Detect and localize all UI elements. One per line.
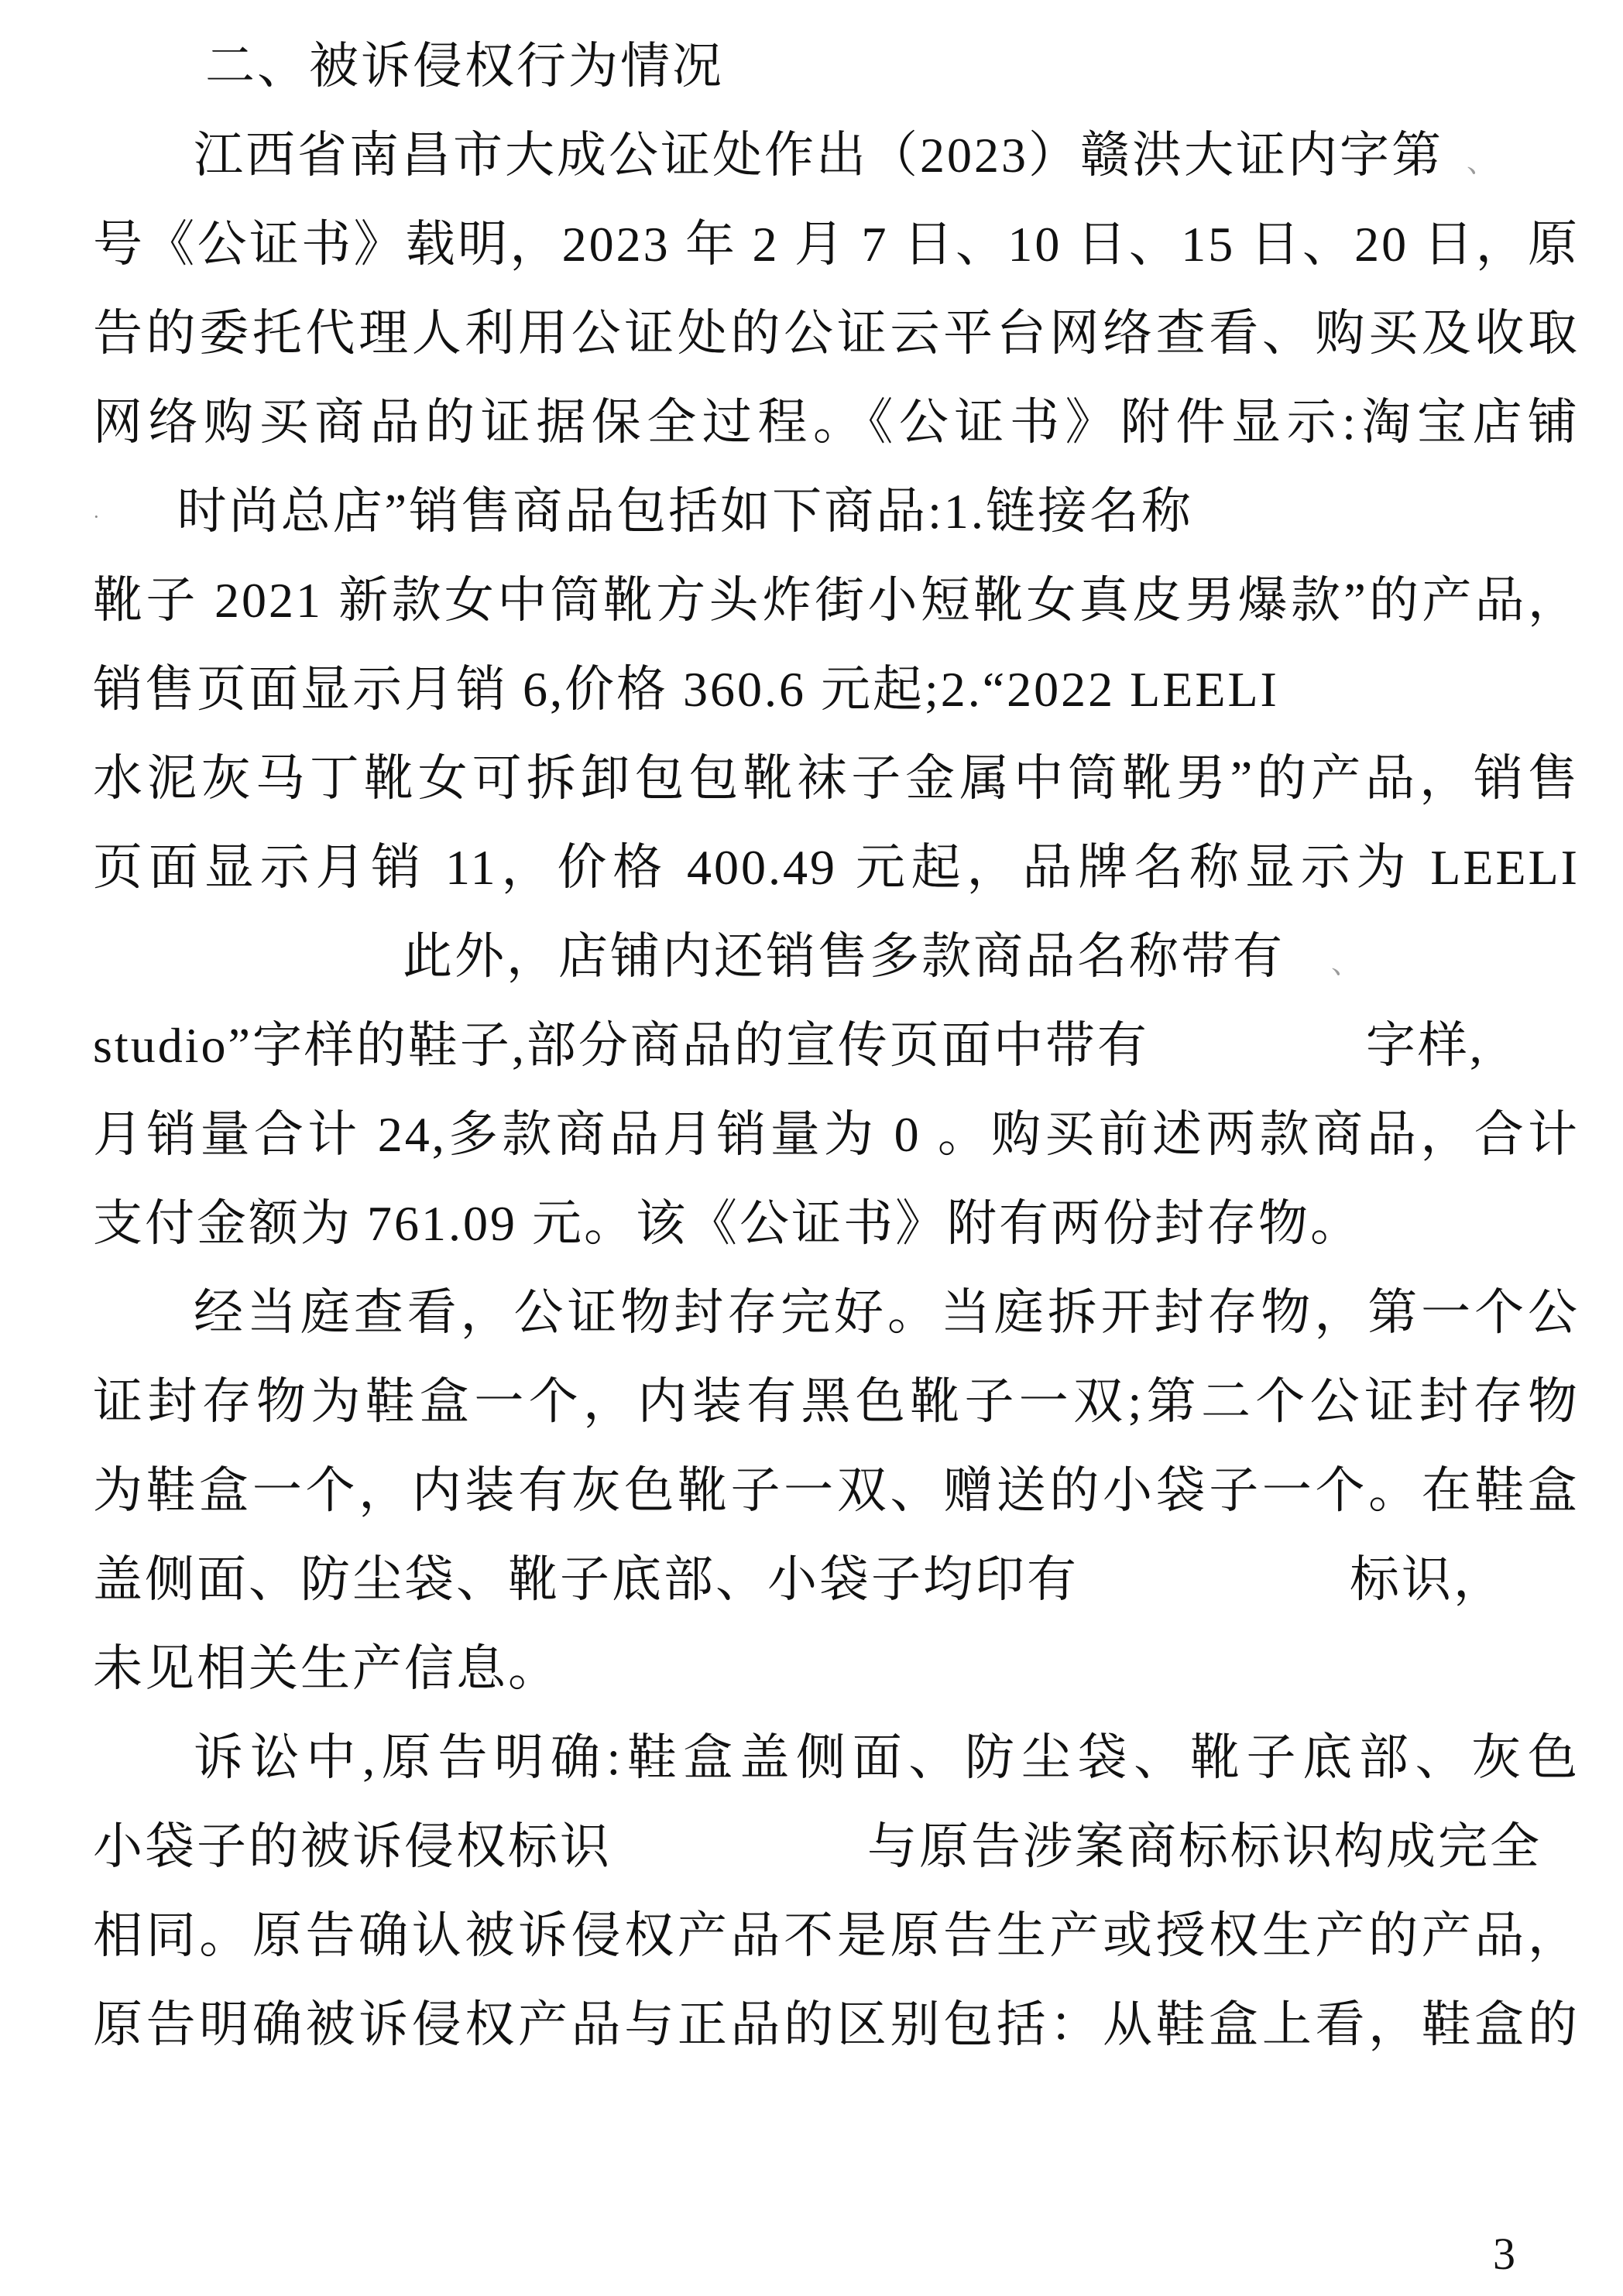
line-text: 证封存物为鞋盒一个，内装有黑色靴子一双;第二个公证封存物: [93, 1374, 1580, 1429]
document-text-block: 二、被诉侵权行为情况 江西省南昌市大成公证处作出（2023）赣洪大证内字第、 号…: [93, 22, 1580, 2069]
line-text: 原告明确被诉侵权产品与正品的区别包括：从鞋盒上看，鞋盒的: [93, 1997, 1580, 2052]
body-line-7: 靴子 2021 新款女中筒靴方头炸街小短靴女真皮男爆款”的产品，: [93, 556, 1580, 645]
body-line-16: 证封存物为鞋盒一个，内装有黑色靴子一双;第二个公证封存物: [93, 1357, 1580, 1446]
redaction-gap: [1285, 961, 1331, 962]
section-heading-text: 二、被诉侵权行为情况: [205, 39, 724, 94]
body-line-11: 此外，店铺内还销售多款商品名称带有、: [93, 912, 1580, 1001]
redaction-mark: 、: [1331, 948, 1361, 980]
body-line-12: studio”字样的鞋子,部分商品的宣传页面中带有字样,: [93, 1001, 1580, 1090]
body-line-10: 页面显示月销 11，价格 400.49 元起，品牌名称显示为 LEELI: [93, 823, 1580, 912]
line-text: 字样,: [1366, 1018, 1484, 1073]
redaction-gap: [1079, 1585, 1350, 1585]
body-line-18: 盖侧面、防尘袋、靴子底部、小袋子均印有标识，: [93, 1535, 1580, 1624]
body-line-23: 原告明确被诉侵权产品与正品的区别包括：从鞋盒上看，鞋盒的: [93, 1980, 1580, 2069]
line-text: 支付金额为 761.09 元。该《公证书》附有两份封存物。: [93, 1196, 1362, 1251]
body-line-3: 号《公证书》载明，2023 年 2 月 7 日、10 日、15 日、20 日，原: [93, 200, 1580, 289]
document-page: 二、被诉侵权行为情况 江西省南昌市大成公证处作出（2023）赣洪大证内字第、 号…: [0, 0, 1623, 2296]
body-line-19: 未见相关生产信息。: [93, 1624, 1580, 1713]
line-text: 网络购买商品的证据保全过程。《公证书》附件显示:淘宝店铺: [93, 395, 1580, 450]
line-text: 诉讼中,原告明确:鞋盒盖侧面、防尘袋、靴子底部、灰色: [194, 1730, 1580, 1785]
body-line-22: 相同。原告确认被诉侵权产品不是原告生产或授权生产的产品，: [93, 1891, 1580, 1980]
line-text: 经当庭查看，公证物封存完好。当庭拆开封存物，第一个公: [194, 1285, 1580, 1340]
body-line-21: 小袋子的被诉侵权标识与原告涉案商标标识构成完全: [93, 1802, 1580, 1891]
line-text: 未见相关生产信息。: [93, 1641, 560, 1696]
redaction-mark: 、: [1467, 146, 1496, 179]
redaction-gap: [1443, 160, 1467, 161]
redaction-gap: [100, 516, 177, 517]
body-line-20: 诉讼中,原告明确:鞋盒盖侧面、防尘袋、靴子底部、灰色: [93, 1713, 1580, 1802]
line-text: 告的委托代理人利用公证处的公证云平台网络查看、购买及收取: [93, 306, 1580, 361]
body-line-17: 为鞋盒一个，内装有灰色靴子一双、赠送的小袋子一个。在鞋盒: [93, 1446, 1580, 1535]
line-text: 江西省南昌市大成公证处作出（2023）赣洪大证内字第: [194, 128, 1443, 183]
line-text: 月销量合计 24,多款商品月销量为 0 。购买前述两款商品，合计: [93, 1107, 1580, 1162]
section-heading: 二、被诉侵权行为情况: [93, 22, 1580, 111]
body-line-15: 经当庭查看，公证物封存完好。当庭拆开封存物，第一个公: [93, 1268, 1580, 1357]
body-line-4: 告的委托代理人利用公证处的公证云平台网络查看、购买及收取: [93, 289, 1580, 378]
line-text: 盖侧面、防尘袋、靴子底部、小袋子均印有: [93, 1552, 1079, 1607]
line-text: 为鞋盒一个，内装有灰色靴子一双、赠送的小袋子一个。在鞋盒: [93, 1463, 1580, 1518]
body-line-8: 销售页面显示月销 6,价格 360.6 元起;2.“2022 LEELI: [93, 645, 1580, 734]
line-text: 水泥灰马丁靴女可拆卸包包靴袜子金属中筒靴男”的产品，销售: [93, 751, 1580, 806]
line-text: studio”字样的鞋子,部分商品的宣传页面中带有: [93, 1018, 1149, 1073]
line-text: 靴子 2021 新款女中筒靴方头炸街小短靴女真皮男爆款”的产品，: [93, 573, 1580, 628]
body-line-6: ·时尚总店”销售商品包括如下商品:1.链接名称: [93, 467, 1580, 556]
page-number: 3: [1493, 2223, 1515, 2285]
line-text: 时尚总店”销售商品包括如下商品:1.链接名称: [177, 484, 1193, 539]
line-text: 标识，: [1350, 1552, 1505, 1607]
redaction-gap: [612, 1852, 867, 1852]
redaction-mark: ·: [93, 505, 100, 528]
line-text: 页面显示月销 11，价格 400.49 元起，品牌名称显示为 LEELI: [93, 840, 1580, 895]
body-line-5: 网络购买商品的证据保全过程。《公证书》附件显示:淘宝店铺: [93, 378, 1580, 467]
body-line-9: 水泥灰马丁靴女可拆卸包包靴袜子金属中筒靴男”的产品，销售: [93, 734, 1580, 823]
body-line-13: 月销量合计 24,多款商品月销量为 0 。购买前述两款商品，合计: [93, 1090, 1580, 1179]
body-line-2: 江西省南昌市大成公证处作出（2023）赣洪大证内字第、: [93, 111, 1580, 200]
line-text: 与原告涉案商标标识构成完全: [867, 1819, 1542, 1874]
line-text: 号《公证书》载明，2023 年 2 月 7 日、10 日、15 日、20 日，原: [93, 217, 1580, 272]
line-text: 小袋子的被诉侵权标识: [93, 1819, 612, 1874]
line-text: 此外，店铺内还销售多款商品名称带有: [403, 929, 1285, 984]
redaction-gap: [1149, 1050, 1366, 1051]
line-text: 销售页面显示月销 6,价格 360.6 元起;2.“2022 LEELI: [93, 662, 1279, 717]
line-text: 相同。原告确认被诉侵权产品不是原告生产或授权生产的产品，: [93, 1908, 1580, 1963]
body-line-14: 支付金额为 761.09 元。该《公证书》附有两份封存物。: [93, 1179, 1580, 1268]
